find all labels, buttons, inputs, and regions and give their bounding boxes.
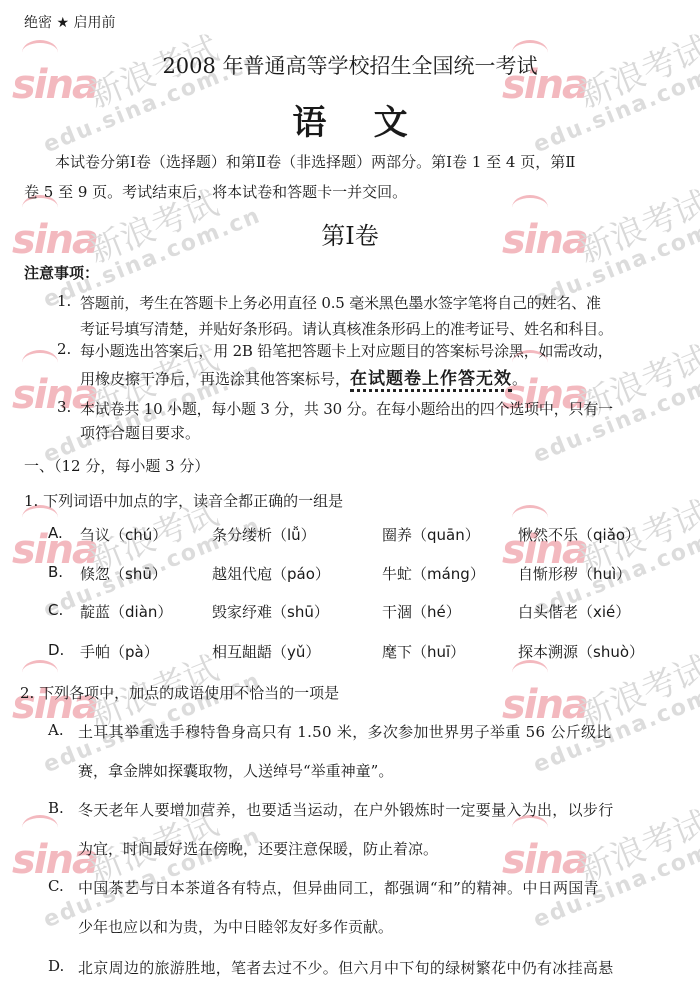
q2-option-a-label: A. xyxy=(48,721,64,739)
q1-stem: 1. 下列词语中加点的字，读音全都正确的一组是 xyxy=(24,490,343,511)
volume-title: 第Ⅰ卷 xyxy=(0,216,700,251)
note-3-line-2: 项符合题目要求。 xyxy=(80,422,200,443)
q2-option-a-line-2: 赛，拿金牌如探囊取物，人送绰号“举重神童”。 xyxy=(78,760,393,781)
q1-option-c-item-3: 干涸（hé） xyxy=(382,601,461,622)
q1-option-d-item-2: 相互龃龉（yǔ） xyxy=(212,641,320,662)
notes-heading: 注意事项： xyxy=(24,262,99,283)
note-3-line-1: 本试卷共 10 小题，每小题 3 分，共 30 分。在每小题给出的四个选项中，只… xyxy=(80,398,613,419)
note-2-num: 2. xyxy=(57,340,71,358)
q2-option-d-line-1: 北京周边的旅游胜地，笔者去过不少。但六月中下旬的绿树繁花中仍有冰挂高悬 xyxy=(78,957,614,978)
q2-option-c-line-2: 少年也应以和为贵，为中日睦邻友好多作贡献。 xyxy=(78,916,393,937)
q2-option-b-line-2: 为宜，时间最好选在傍晚，还要注意保暖，防止着凉。 xyxy=(78,838,438,859)
q1-option-c-item-1: 靛蓝（diàn） xyxy=(80,601,172,622)
exam-page: sina 新浪考试 edu.sina.com.cn sina 新浪考试 edu.… xyxy=(0,0,700,984)
q1-option-b-item-3: 牛虻（máng） xyxy=(382,563,485,584)
note-2-line-2: 用橡皮擦干净后，再选涂其他答案标号，在试题卷上作答无效。 xyxy=(80,364,527,389)
q1-option-a-item-4: 愀然不乐（qiǎo） xyxy=(518,524,640,545)
q1-option-c-item-2: 毁家纾难（shū） xyxy=(212,601,329,622)
sina-eye-icon xyxy=(512,660,548,685)
sina-eye-icon xyxy=(22,815,58,840)
intro-line-2: 卷 5 至 9 页。考试结束后，将本试卷和答题卡一并交回。 xyxy=(24,181,407,202)
note-1-line-2: 考证号填写清楚，并贴好条形码。请认真核准条形码上的准考证号、姓名和科目。 xyxy=(80,318,613,339)
q1-option-d-item-1: 手帕（pà） xyxy=(80,641,159,662)
q1-option-a-item-3: 圈养（quān） xyxy=(382,524,480,545)
q1-option-a-item-1: 刍议（chú） xyxy=(80,524,167,545)
q2-option-c-line-1: 中国茶艺与日本茶道各有特点，但异曲同工，都强调“和”的精神。中日两国青 xyxy=(78,877,599,898)
section-1-heading: 一、（12 分，每小题 3 分） xyxy=(24,455,209,476)
q2-option-c-label: C. xyxy=(48,877,64,895)
q1-option-d-label: D. xyxy=(48,641,64,659)
intro-line-1: 本试卷分第Ⅰ卷（选择题）和第Ⅱ卷（非选择题）两部分。第Ⅰ卷 1 至 4 页，第Ⅱ xyxy=(55,151,575,172)
q1-option-b-item-1: 倏忽（shū） xyxy=(80,563,167,584)
note-2-line-2-text: 用橡皮擦干净后，再选涂其他答案标号， xyxy=(80,370,350,388)
exam-title: 2008 年普通高等学校招生全国统一考试 xyxy=(0,50,700,80)
subject-title: 语 文 xyxy=(0,95,700,144)
note-2-line-1: 每小题选出答案后，用 2B 铅笔把答题卡上对应题目的答案标号涂黑，如需改动， xyxy=(80,340,613,361)
note-1-num: 1. xyxy=(57,292,71,310)
q1-option-c-label: C. xyxy=(48,601,63,619)
q1-option-a-label: A. xyxy=(48,524,63,542)
q1-option-d-item-4: 探本溯源（shuò） xyxy=(518,641,644,662)
note-2-emphasis: 在试题卷上作答无效 xyxy=(350,369,512,392)
note-1-line-1: 答题前，考生在答题卡上务必用直径 0.5 毫米黑色墨水签字笔将自己的姓名、准 xyxy=(80,292,601,313)
q1-option-a-item-2: 条分缕析（lǚ） xyxy=(212,524,316,545)
q1-option-b-label: B. xyxy=(48,563,63,581)
q1-option-b-item-4: 自惭形秽（huì） xyxy=(518,563,631,584)
q1-option-d-item-3: 麾下（huī） xyxy=(382,641,465,662)
q1-option-b-item-2: 越俎代庖（páo） xyxy=(212,563,330,584)
note-3-num: 3. xyxy=(57,398,71,416)
q2-option-b-label: B. xyxy=(48,799,64,817)
q1-option-c-item-4: 白头偕老（xié） xyxy=(518,601,630,622)
q2-option-b-line-1: 冬天老年人要增加营养，也要适当运动，在户外锻炼时一定要量入为出，以步行 xyxy=(78,799,614,820)
q2-option-d-label: D. xyxy=(48,957,64,975)
secrecy-label: 绝密 ★ 启用前 xyxy=(24,12,115,32)
q2-stem: 2. 下列各项中，加点的成语使用不恰当的一项是 xyxy=(20,682,339,703)
q2-option-a-line-1: 土耳其举重选手穆特鲁身高只有 1.50 米，多次参加世界男子举重 56 公斤级比 xyxy=(78,721,612,742)
sina-eye-icon xyxy=(22,350,58,375)
